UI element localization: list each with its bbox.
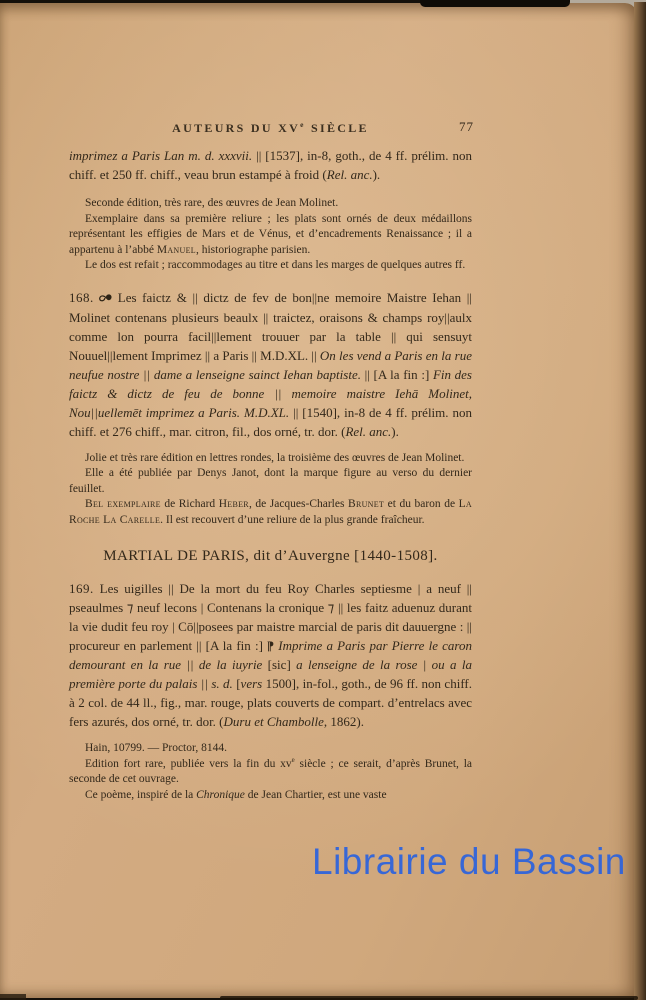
page-number: 77	[459, 119, 474, 135]
bookseller-watermark: Librairie du Bassin	[312, 841, 626, 883]
bibliographic-note-2: Jolie et très rare édition en lettres ro…	[69, 451, 472, 529]
entry-168-text: Les faictz & || dictz de fev de bon||ne …	[69, 290, 472, 439]
note-paragraph: Edition fort rare, publiée vers la fin d…	[69, 757, 472, 788]
entry-number-169: 169.	[69, 581, 94, 596]
note-paragraph: Jolie et très rare édition en lettres ro…	[69, 451, 472, 467]
catalog-entry-168: 168.Les faictz & || dictz de fev de bon|…	[69, 288, 472, 441]
note-paragraph: Seconde édition, très rare, des œuvres d…	[69, 196, 472, 212]
bottom-left-corner-shadow	[0, 994, 26, 1000]
note-paragraph: Elle a été publiée par Denys Janot, dont…	[69, 466, 472, 497]
note-paragraph: Bel exemplaire de Richard Heber, de Jacq…	[69, 497, 472, 528]
page-content: AUTEURS DU XVe SIÈCLE 77 imprimez a Pari…	[69, 3, 472, 803]
entry-169-text: Les uigilles || De la mort du feu Roy Ch…	[69, 581, 472, 729]
book-page-photo: AUTEURS DU XVe SIÈCLE 77 imprimez a Pari…	[0, 0, 646, 1000]
note-paragraph: Hain, 10799. — Proctor, 8144.	[69, 741, 472, 757]
entry-continuation-paragraph: imprimez a Paris Lan m. d. xxxvii. || [1…	[69, 146, 472, 184]
entry-number-168: 168.	[69, 290, 94, 305]
hedera-ornament-icon	[98, 289, 113, 308]
note-paragraph: Exemplaire dans sa première reliure ; le…	[69, 212, 472, 259]
page-bottom-edge-shadow	[220, 996, 638, 1000]
bibliographic-note-3: Hain, 10799. — Proctor, 8144. Edition fo…	[69, 741, 472, 803]
running-head: AUTEURS DU XVe SIÈCLE 77	[69, 119, 472, 136]
bibliographic-note-1: Seconde édition, très rare, des œuvres d…	[69, 196, 472, 274]
running-head-title: AUTEURS DU XVe SIÈCLE	[172, 121, 369, 135]
note-paragraph: Ce poème, inspiré de la Chronique de Jea…	[69, 788, 472, 804]
top-shadow-notch	[420, 0, 570, 7]
catalog-entry-169: 169. Les uigilles || De la mort du feu R…	[69, 579, 472, 731]
note-paragraph: Le dos est refait ; raccommodages au tit…	[69, 258, 472, 274]
page-right-edge-shadow	[634, 2, 646, 1000]
author-section-heading: MARTIAL DE PARIS, dit d’Auvergne [1440-1…	[69, 548, 472, 565]
